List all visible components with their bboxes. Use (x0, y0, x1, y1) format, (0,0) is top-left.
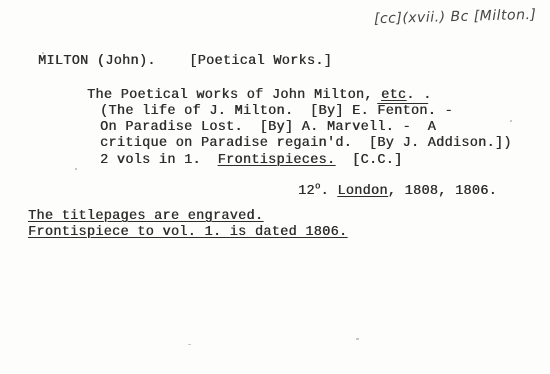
description-line2-fenton-overlined: Fenton (377, 104, 427, 119)
imprint-place-underlined: London (337, 184, 387, 199)
imprint-separator: . (321, 184, 338, 199)
scan-speckle (42, 52, 44, 54)
description-line1-trailing: . . (406, 88, 431, 103)
scan-speckle (75, 168, 77, 170)
description-line2-trailing: . - (428, 104, 453, 119)
imprint-format-number: 12 (298, 184, 315, 199)
scan-speckle (356, 338, 359, 340)
imprint-dates: , 1808, 1806. (388, 184, 497, 199)
description-line-5: 2 vols in 1. Frontispieces. [C.C.] (100, 153, 402, 169)
imprint-line: 12o. London, 1808, 1806. (298, 184, 497, 200)
note-frontispiece-date: Frontispiece to vol. 1. is dated 1806. (28, 225, 347, 241)
description-line-2: (The life of J. Milton. [By] E. Fenton. … (100, 104, 453, 120)
description-line5-frontispieces-underlined: Frontispieces. (218, 153, 336, 168)
scan-speckle (510, 120, 512, 122)
description-line1-etc-underlined: etc (381, 88, 406, 103)
description-line5-trailing: [C.C.] (335, 153, 402, 168)
note-titlepages: The titlepages are engraved. (28, 209, 263, 225)
catalog-card: [cc](xvii.) Bc [Milton.] MILTON (John). … (0, 0, 550, 374)
description-line-3: On Paradise Lost. [By] A. Marvell. - A (100, 120, 436, 136)
description-line2-text: (The life of J. Milton. [By] E. (100, 104, 377, 119)
description-line1-text: The Poetical works of John Milton, (87, 88, 381, 103)
description-line-4: critique on Paradise regain'd. [By J. Ad… (100, 136, 512, 152)
description-line-1: The Poetical works of John Milton, etc. … (87, 88, 431, 104)
scan-speckle (188, 344, 191, 345)
shelfmark-annotation: [cc](xvii.) Bc [Milton.] (374, 7, 537, 27)
description-line5-text: 2 vols in 1. (100, 153, 218, 168)
heading-author-title: MILTON (John). [Poetical Works.] (38, 54, 332, 70)
